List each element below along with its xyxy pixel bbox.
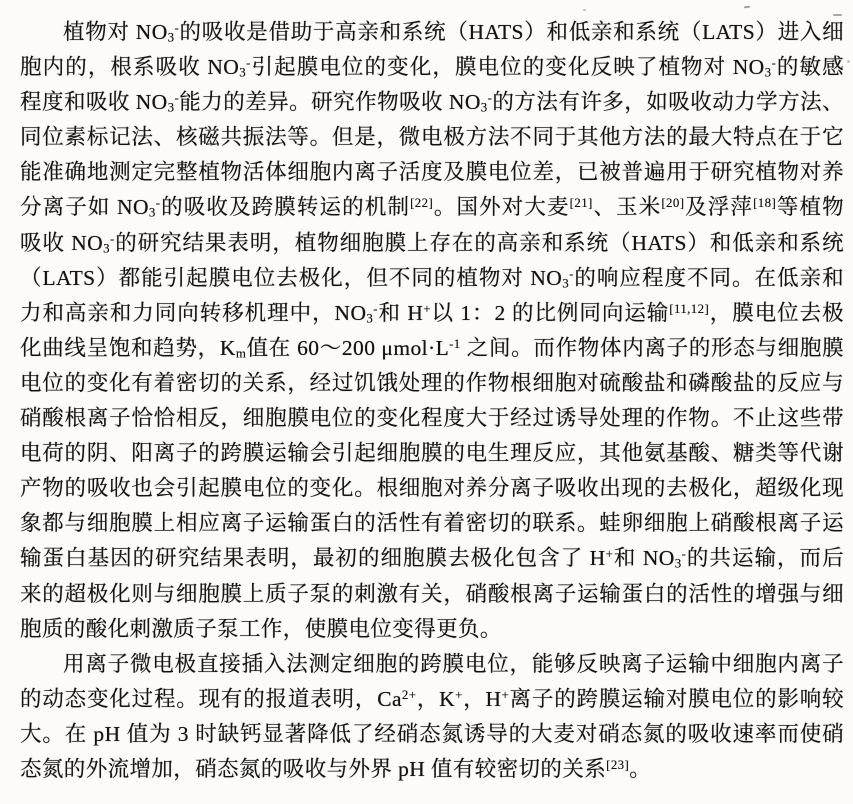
text-line: 输蛋白基因的研究结果表明，最初的细胞膜去极化包含了 H+和 NO3-的共运输，而… bbox=[20, 541, 844, 576]
text-line: 来的超极化则与细胞膜上质子泵的刺激有关，硝酸根离子运输蛋白的活性的增强与细 bbox=[20, 577, 844, 612]
paragraph: 植物对 NO3-的吸收是借助于高亲和系统（HATS）和低亲和系统（LATS）进入… bbox=[20, 15, 844, 647]
paragraph: 用离子微电极直接插入法测定细胞的跨膜电位，能够反映离子运输中细胞内离子的动态变化… bbox=[20, 647, 844, 787]
text-line: 力和高亲和力同向转移机理中，NO3-和 H+以 1：2 的比例同向运输[11,1… bbox=[20, 296, 844, 331]
text-line: （LATS）都能引起膜电位去极化，但不同的植物对 NO3-的响应程度不同。在低亲… bbox=[20, 261, 844, 296]
scan-speck bbox=[833, 14, 842, 16]
scanned-page: 植物对 NO3-的吸收是借助于高亲和系统（HATS）和低亲和系统（LATS）进入… bbox=[0, 0, 853, 804]
scan-speck bbox=[744, 6, 750, 9]
text-line: 化曲线呈饱和趋势，Km值在 60～200 μmol·L-1 之间。而作物体内离子… bbox=[20, 331, 844, 366]
text-line: 吸收 NO3-的研究结果表明，植物细胞膜上存在的高亲和系统（HATS）和低亲和系… bbox=[20, 226, 844, 261]
text-line: 象都与细胞膜上相应离子运输蛋白的活性有着密切的联系。蛙卵细胞上硝酸根离子运 bbox=[20, 506, 844, 541]
text-line: 电荷的阴、阳离子的跨膜运输会引起细胞膜的电生理反应，其他氨基酸、糖类等代谢 bbox=[20, 436, 844, 471]
text-line: 同位素标记法、核磁共振法等。但是，微电极方法不同于其他方法的最大特点在于它 bbox=[20, 120, 844, 155]
text-line: 胞质的酸化刺激质子泵工作，使膜电位变得更负。 bbox=[20, 612, 844, 647]
text-line: 胞内的，根系吸收 NO3-引起膜电位的变化，膜电位的变化反映了植物对 NO3-的… bbox=[20, 50, 844, 85]
text-line: 的动态变化过程。现有的报道表明，Ca2+，K+，H+离子的跨膜运输对膜电位的影响… bbox=[20, 682, 844, 717]
scan-speck bbox=[583, 9, 586, 11]
text-line: 态氮的外流增加，硝态氮的吸收与外界 pH 值有较密切的关系[23]。 bbox=[20, 752, 844, 787]
text-line: 用离子微电极直接插入法测定细胞的跨膜电位，能够反映离子运输中细胞内离子 bbox=[20, 647, 844, 682]
text-line: 植物对 NO3-的吸收是借助于高亲和系统（HATS）和低亲和系统（LATS）进入… bbox=[20, 15, 844, 50]
text-line: 能准确地测定完整植物活体细胞内离子活度及膜电位差，已被普遍用于研究植物对养 bbox=[20, 155, 844, 190]
text-line: 分离子如 NO3-的吸收及跨膜转运的机制[22]。国外对大麦[21]、玉米[20… bbox=[20, 190, 844, 225]
text-line: 程度和吸收 NO3-能力的差异。研究作物吸收 NO3-的方法有许多，如吸收动力学… bbox=[20, 85, 844, 120]
scan-speck bbox=[847, 60, 850, 63]
text-line: 电位的变化有着密切的关系，经过饥饿处理的作物根细胞对硫酸盐和磷酸盐的反应与 bbox=[20, 366, 844, 401]
text-line: 产物的吸收也会引起膜电位的变化。根细胞对养分离子吸收出现的去极化，超级化现 bbox=[20, 471, 844, 506]
document-body: 植物对 NO3-的吸收是借助于高亲和系统（HATS）和低亲和系统（LATS）进入… bbox=[20, 15, 844, 787]
text-line: 硝酸根离子恰恰相反，细胞膜电位的变化程度大于经过诱导处理的作物。不止这些带 bbox=[20, 401, 844, 436]
text-line: 大。在 pH 值为 3 时缺钙显著降低了经硝态氮诱导的大麦对硝态氮的吸收速率而使… bbox=[20, 717, 844, 752]
